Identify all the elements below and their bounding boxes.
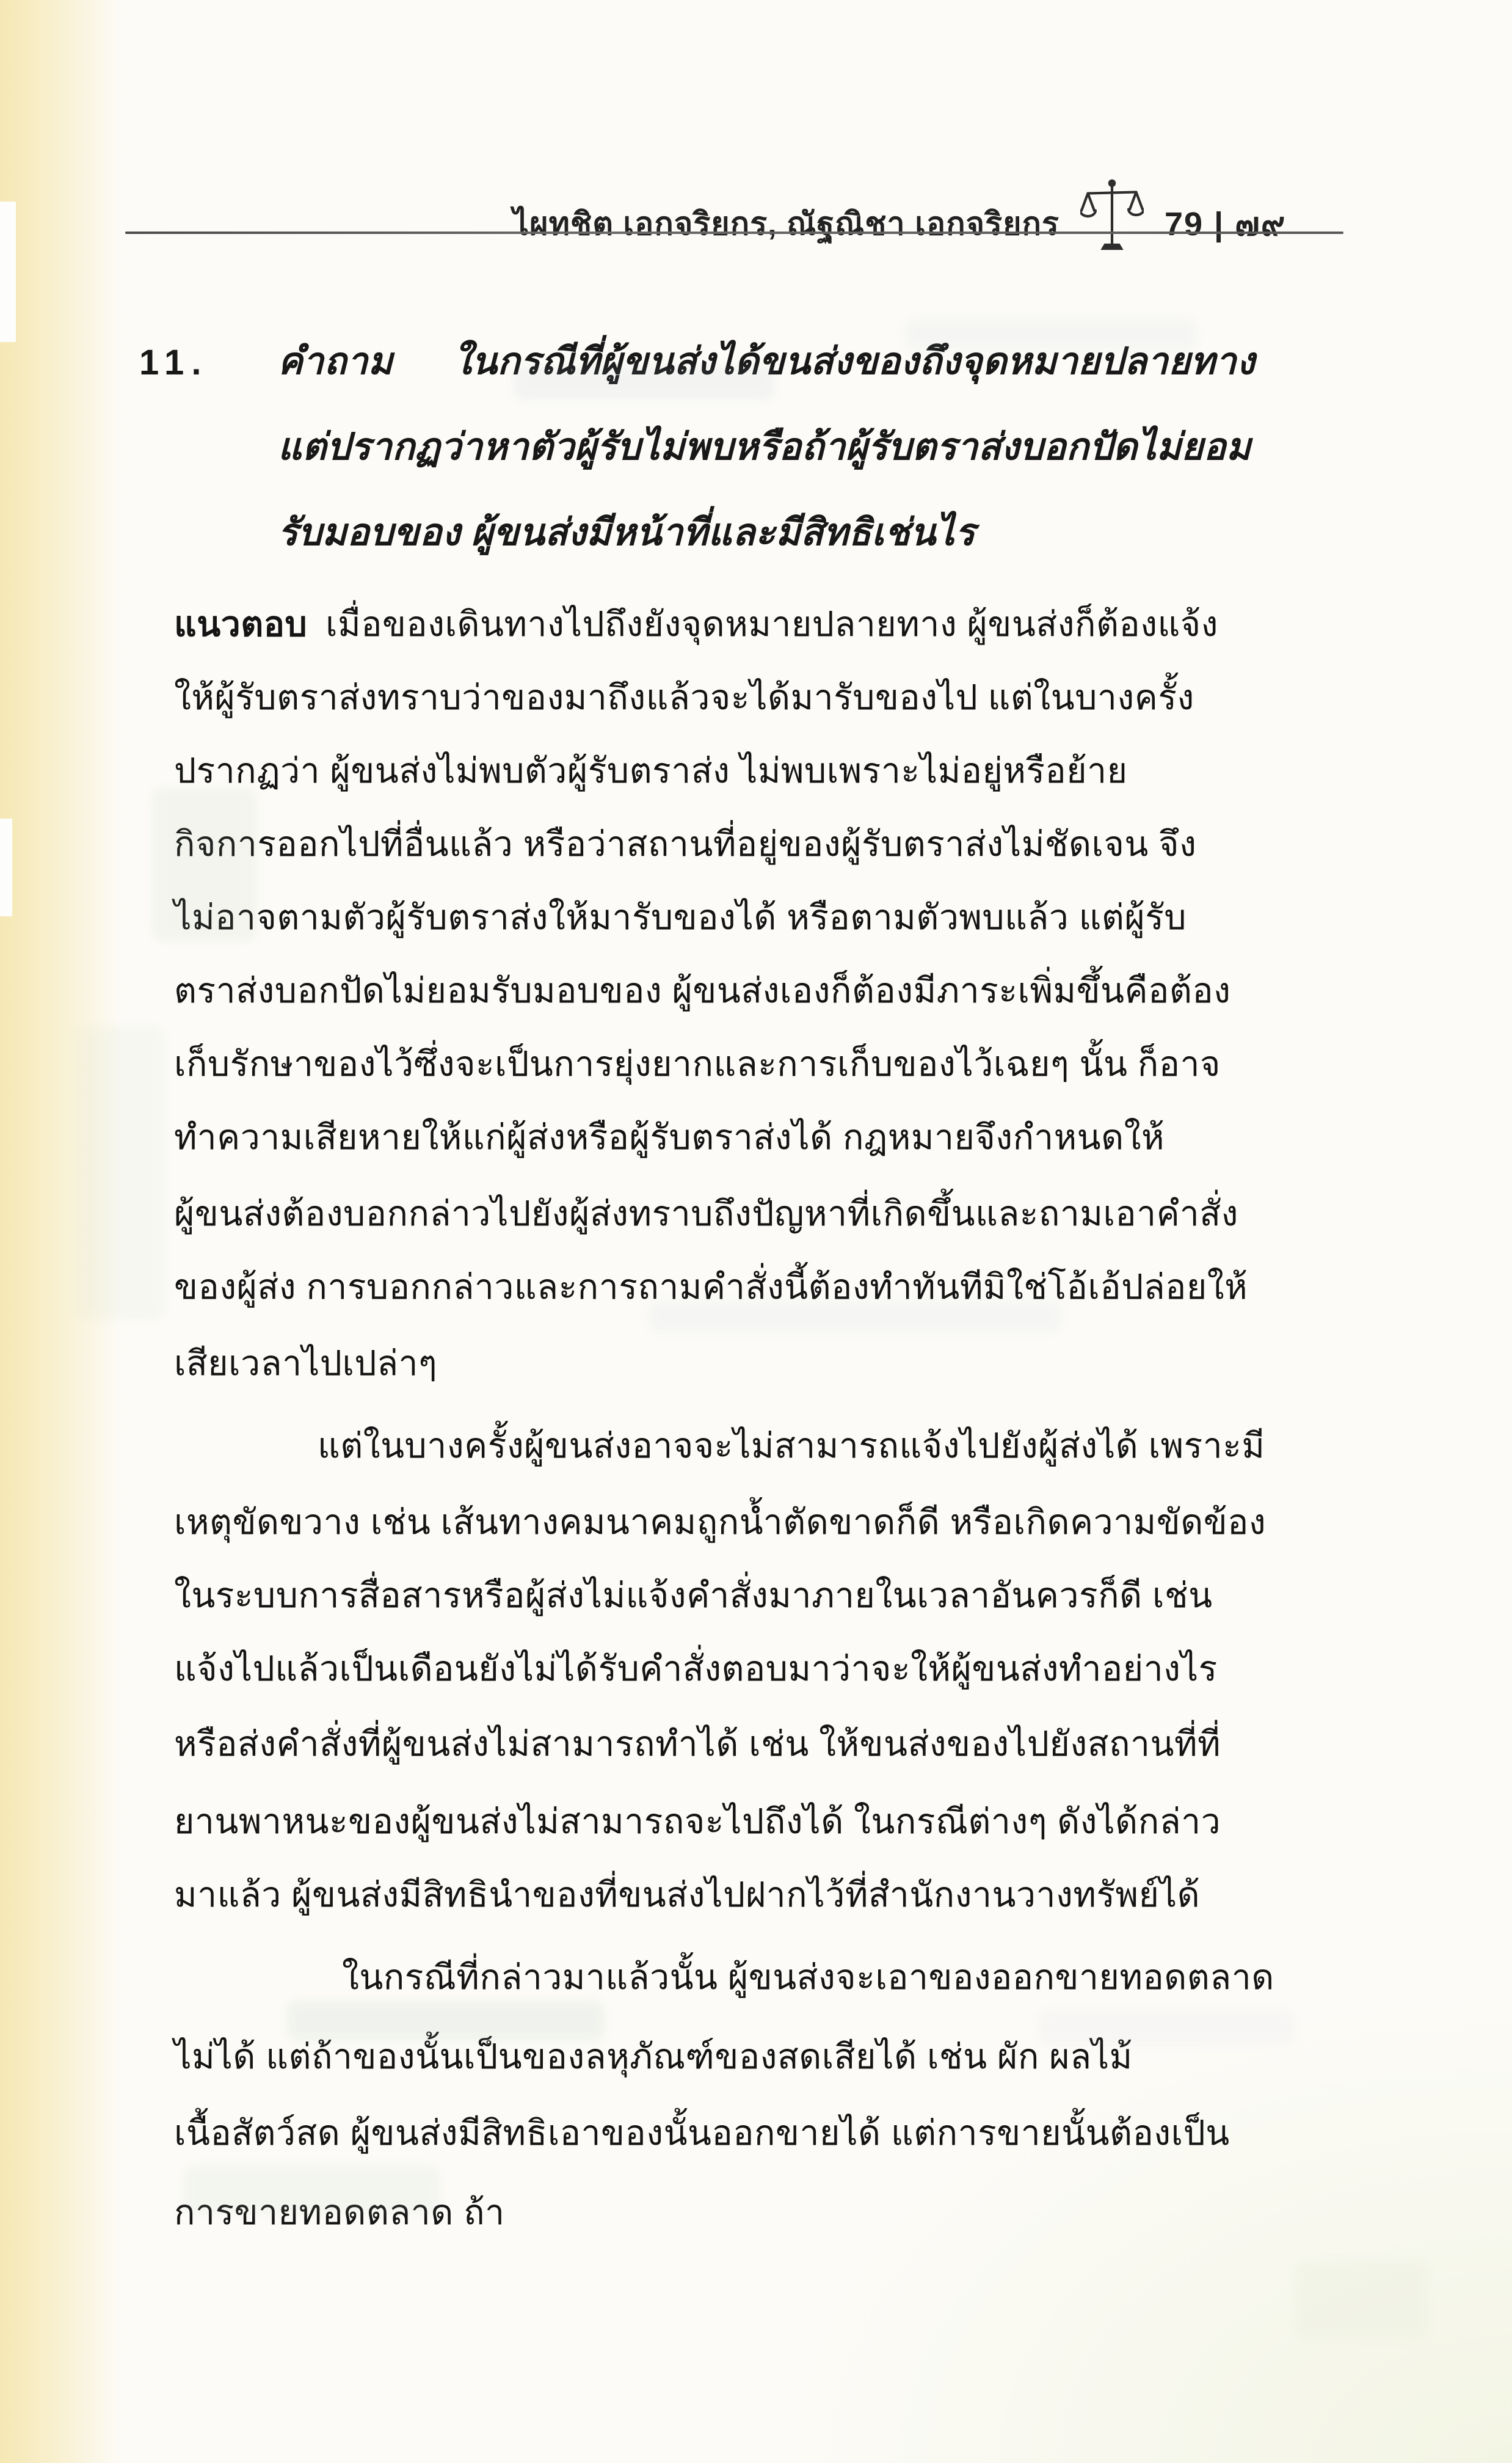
answer-line: มาแล้ว ผู้ขนส่งมีสิทธินำของที่ขนส่งไปฝาก… [174, 1872, 1200, 1917]
answer-line: ของผู้ส่ง การบอกกล่าวและการถามคำสั่งนี้ต… [174, 1264, 1248, 1310]
answer-line: ทำความเสียหายให้แก่ผู้ส่งหรือผู้รับตราส่… [174, 1115, 1165, 1160]
answer-line: ผู้ขนส่งต้องบอกกล่าวไปยังผู้ส่งทราบถึงปั… [174, 1191, 1238, 1236]
running-header: ไผทชิต เอกจริยกร, ณัฐณิชา เอกจริยกร 79 |… [513, 166, 1356, 247]
answer-text: เมื่อของเดินทางไปถึงยังจุดหมายปลายทาง ผู… [325, 605, 1218, 644]
bleed-through-mark [73, 1026, 165, 1319]
answer-line: หรือส่งคำสั่งที่ผู้ขนส่งไม่สามารถทำได้ เ… [174, 1721, 1221, 1767]
question-line: ในกรณีที่ผู้ขนส่งได้ขนส่งของถึงจุดหมายปล… [453, 337, 1255, 385]
page-left-edge-shading [0, 0, 134, 2463]
answer-line: เสียเวลาไปเปล่าๆ [174, 1341, 437, 1386]
answer-line: แนวตอบเมื่อของเดินทางไปถึงยังจุดหมายปลาย… [174, 602, 1218, 647]
answer-line: การขายทอดตลาด ถ้า [174, 2190, 505, 2235]
answer-line: แต่ในบางครั้งผู้ขนส่งอาจจะไม่สามารถแจ้งไ… [318, 1423, 1265, 1469]
answer-label: แนวตอบ [174, 605, 325, 644]
header-authors: ไผทชิต เอกจริยกร, ณัฐณิชา เอกจริยกร [513, 202, 1059, 247]
answer-line: ไม่ได้ แต่ถ้าของนั้นเป็นของลหุภัณฑ์ของสด… [174, 2034, 1133, 2079]
header-page-number: 79 | ๗๙ [1165, 202, 1286, 247]
answer-line: เก็บรักษาของไว้ซึ่งจะเป็นการยุ่งยากและกา… [174, 1042, 1221, 1087]
question-number: 11. [139, 340, 208, 385]
answer-line: ยานพาหนะของผู้ขนส่งไม่สามารถจะไปถึงได้ ใ… [174, 1799, 1221, 1844]
answer-line: กิจการออกไปที่อื่นแล้ว หรือว่าสถานที่อยู… [174, 822, 1196, 867]
edge-white-patch [0, 202, 16, 342]
answer-line: ให้ผู้รับตราส่งทราบว่าของมาถึงแล้วจะได้ม… [174, 675, 1194, 720]
question-label: คำถาม [278, 337, 393, 385]
scanned-book-page: ไผทชิต เอกจริยกร, ณัฐณิชา เอกจริยกร 79 |… [0, 0, 1512, 2463]
answer-line: ปรากฏว่า ผู้ขนส่งไม่พบตัวผู้รับตราส่ง ไม… [174, 748, 1128, 794]
answer-line: เหตุขัดขวาง เช่น เส้นทางคมนาคมถูกน้ำตัดข… [174, 1500, 1266, 1545]
answer-line: ในกรณีที่กล่าวมาแล้วนั้น ผู้ขนส่งจะเอาขอ… [342, 1955, 1274, 2000]
answer-line: แจ้งไปแล้วเป็นเดือนยังไม่ได้รับคำสั่งตอบ… [174, 1646, 1218, 1691]
edge-white-patch [0, 819, 12, 916]
question-line: รับมอบของ ผู้ขนส่งมีหน้าที่และมีสิทธิเช่… [278, 508, 975, 556]
answer-line: เนื้อสัตว์สด ผู้ขนส่งมีสิทธิเอาของนั้นออ… [174, 2111, 1230, 2156]
scales-of-justice-icon [1080, 176, 1144, 257]
answer-line: ในระบบการสื่อสารหรือผู้ส่งไม่แจ้งคำสั่งม… [174, 1573, 1213, 1618]
answer-line: ตราส่งบอกปัดไม่ยอมรับมอบของ ผู้ขนส่งเองก… [174, 968, 1230, 1013]
header-rule [125, 232, 1343, 234]
question-line: แต่ปรากฏว่าหาตัวผู้รับไม่พบหรือถ้าผู้รับ… [278, 423, 1251, 471]
answer-line: ไม่อาจตามตัวผู้รับตราส่งให้มารับของได้ ห… [174, 895, 1187, 940]
bleed-through-mark [1295, 2260, 1429, 2340]
